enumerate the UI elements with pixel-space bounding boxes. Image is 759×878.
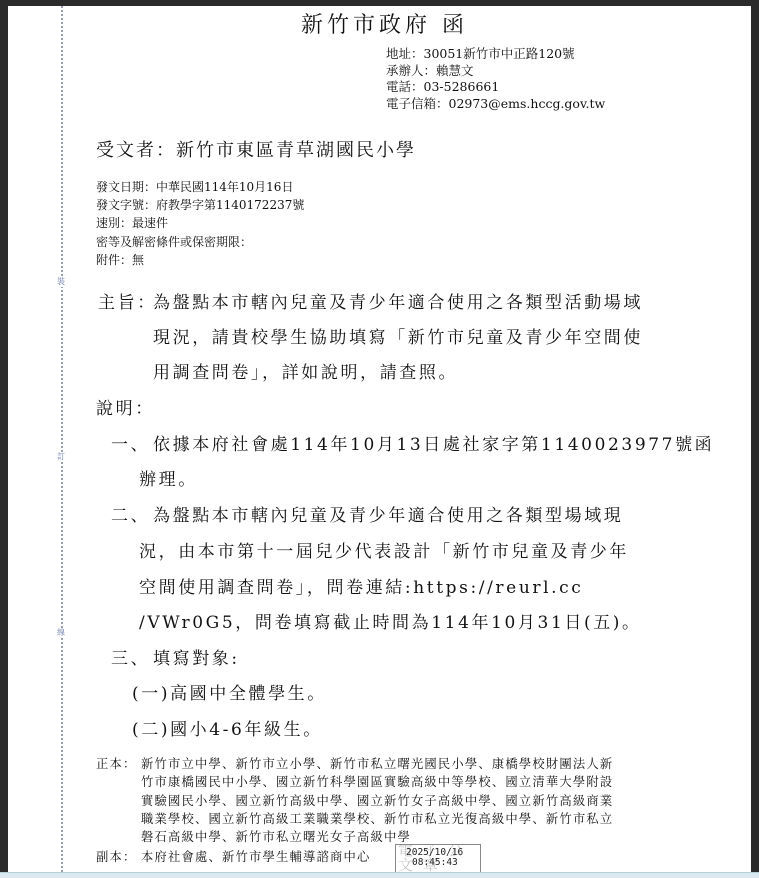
contact-address: 地址：30051新竹市中正路120號 <box>386 46 575 63</box>
item-line: 況，由本市第十一屆兒少代表設計「新竹市兒童及青少年 <box>139 537 629 562</box>
recipient: 受文者：新竹市東區青草湖國民小學 <box>96 136 416 162</box>
document-title: 新竹市政府 函 <box>301 8 468 39</box>
item-line: /VWr0G5，問卷填寫截止時間為114年10月31日(五)。 <box>139 608 642 633</box>
binding-mark-xian: 線 <box>57 628 65 638</box>
subject-line: 現況，請貴校學生協助填寫「新竹市兒童及青少年空間使 <box>153 323 643 348</box>
original-recipients-line: 新竹市立中學、新竹市立小學、新竹市私立曙光國民小學、康橋學校財團法人新 <box>141 754 613 772</box>
item-marker: 二、 <box>111 501 150 526</box>
item-line: 空間使用調查問卷」，問卷連結:https://reurl.cc <box>139 573 583 598</box>
contact-phone: 電話：03-5286661 <box>386 79 499 96</box>
attachments: 附件：無 <box>96 251 144 268</box>
item-line: 依據本府社會處114年10月13日處社家字第1140023977號函 <box>153 430 714 455</box>
subject-line: 為盤點本市轄內兒童及青少年適合使用之各類型活動場域 <box>153 288 643 313</box>
item-line: 填寫對象: <box>153 644 240 669</box>
seal-timestamp: 2025/10/16 08:45:43 <box>406 848 463 868</box>
binding-mark-zhuang: 裝 <box>57 277 65 287</box>
confidentiality: 密等及解密條件或保密期限： <box>96 233 252 250</box>
explanation-label: 說明： <box>96 394 155 419</box>
item-line: 辦理。 <box>139 465 198 490</box>
subject-label: 主旨： <box>98 288 157 313</box>
binding-mark-ding: 訂 <box>57 452 65 462</box>
item-marker: 三、 <box>111 644 150 669</box>
electronic-seal-stamp: 電子公文章 2025/10/16 08:45:43 <box>395 844 481 874</box>
item-line: 為盤點本市轄內兒童及青少年適合使用之各類型場域現 <box>153 501 623 526</box>
sub-item: (一)高國中全體學生。 <box>132 679 327 704</box>
original-recipients-line: 實驗國民小學、國立新竹高級中學、國立新竹女子高級中學、國立新竹高級商業 <box>141 791 613 809</box>
copy-recipients-label: 副本： <box>96 847 137 865</box>
original-recipients-label: 正本： <box>96 754 137 772</box>
original-recipients-line: 竹市康橋國民中小學、國立新竹科學園區實驗高級中等學校、國立清華大學附設 <box>141 772 613 790</box>
sub-item: (二)國小4-6年級生。 <box>132 715 323 740</box>
original-recipients-line: 職業學校、國立新竹高級工業職業學校、新竹市私立光復高級中學、新竹市私立 <box>141 809 613 827</box>
contact-officer: 承辦人：賴慧文 <box>386 63 474 80</box>
urgency: 速別：最速件 <box>96 214 168 231</box>
viewer-bottom-bar <box>0 872 759 878</box>
document-page: 裝 訂 線 新竹市政府 函 地址：30051新竹市中正路120號 承辦人：賴慧文… <box>8 6 751 872</box>
original-recipients-line: 磐石高級中學、新竹市私立曙光女子高級中學 <box>141 827 411 845</box>
item-marker: 一、 <box>111 430 150 455</box>
binding-dotted-line <box>61 6 63 872</box>
issue-date: 發文日期：中華民國114年10月16日 <box>96 178 293 195</box>
subject-line: 用調查問卷」，詳如說明，請查照。 <box>153 358 458 383</box>
copy-recipients: 本府社會處、新竹市學生輔導諮商中心 <box>141 847 370 865</box>
seal-time: 08:45:43 <box>406 858 463 868</box>
document-number: 發文字號：府教學字第1140172237號 <box>96 196 304 213</box>
contact-email: 電子信箱：02973@ems.hccg.gov.tw <box>386 96 605 113</box>
